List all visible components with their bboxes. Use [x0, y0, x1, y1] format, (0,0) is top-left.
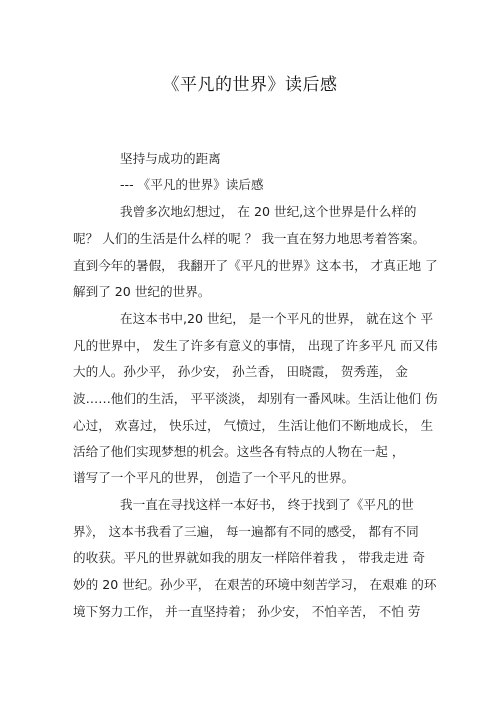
paragraph-line: 波……他们的生活， 平平淡淡， 却别有一番风味。生活让他们 伤 [73, 391, 438, 407]
paragraph-line: 在这本书中,20 世纪， 是一个平凡的世界， 就在这个 平 [120, 311, 433, 327]
paragraph-line: 界》， 这本书我看了三遍， 每一遍都有不同的感受， 都有不同 [73, 524, 419, 540]
paragraph-line: 解到了 20 世纪的世界。 [73, 284, 210, 300]
essay-subtitle: 坚持与成功的距离 [120, 151, 221, 167]
paragraph-line: 大的人。孙少平， 孙少安， 孙兰香， 田晓霞， 贺秀莲， 金 [73, 364, 408, 380]
paragraph-line: 凡的世界中， 发生了许多有意义的事情， 出现了许多平凡 而又伟 [73, 338, 438, 354]
paragraph-line: 妙的 20 世纪。孙少平， 在艰苦的环境中刻苦学习， 在艰难 的环 [73, 577, 436, 593]
paragraph-line: 谱写了一个平凡的世界， 创造了一个平凡的世界。 [73, 470, 354, 486]
paragraph-line: 我一直在寻找这样一本好书， 终于找到了《平凡的世 [120, 497, 414, 513]
paragraph-line: 活给了他们实现梦想的机会。这些各有特点的人物在一起 ， [73, 444, 404, 460]
paragraph-line: 我曾多次地幻想过， 在 20 世纪,这个世界是什么样的 [120, 204, 417, 220]
paragraph-line: 心过， 欢喜过， 快乐过， 气愤过， 生活让他们不断地成长， 生 [73, 418, 433, 434]
paragraph-line: 境下努力工作， 并一直坚持着； 孙少安， 不怕辛苦， 不怕 劳 [73, 604, 420, 620]
paragraph-line: 直到今年的暑假， 我翻开了《平凡的世界》这本书， 才真正地 了 [73, 258, 438, 274]
paragraph-line: 呢？ 人们的生活是什么样的呢 ？ 我一直在努力地思考着答案。 [73, 231, 425, 247]
document-title: 《平凡的世界》读后感 [0, 70, 500, 95]
essay-byline: --- 《平凡的世界》读后感 [120, 177, 264, 193]
paragraph-line: 的收获。平凡的世界就如我的朋友一样陪伴着我 ， 带我走进 奇 [73, 550, 425, 566]
